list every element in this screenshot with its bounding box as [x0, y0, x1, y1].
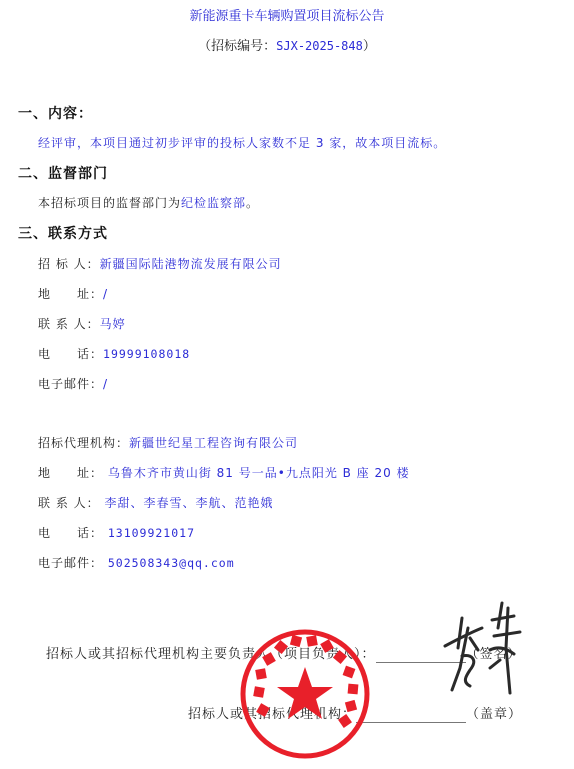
tenderer-contact: 马婷: [100, 317, 126, 331]
tender-number-line: （招标编号：SJX-2025-848）: [0, 35, 574, 54]
subtitle-prefix: （招标编号：: [198, 39, 276, 54]
field-label: 招 标 人：: [38, 257, 100, 271]
tenderer-phone: 19999108018: [103, 347, 190, 361]
tenderer-name: 新疆国际陆港物流发展有限公司: [100, 257, 282, 271]
tender-number: SJX-2025-848: [276, 39, 363, 53]
agency-contact-row: 联 系 人： 李甜、李春雪、李航、范艳娥: [38, 494, 273, 511]
field-label: 招标代理机构：: [38, 436, 129, 450]
signature-suffix: （签名）: [466, 647, 522, 662]
section-heading-content: 一、内容：: [18, 103, 93, 123]
field-label: 联 系 人：: [38, 496, 100, 510]
responsible-signature-row: 招标人或其招标代理机构主要负责人（项目负责人）： （签名）: [46, 643, 522, 663]
agency-name-row: 招标代理机构：新疆世纪星工程咨询有限公司: [38, 434, 298, 451]
agency-name: 新疆世纪星工程咨询有限公司: [129, 436, 298, 450]
agency-phone: 13109921017: [108, 526, 195, 540]
field-label: 电子邮件：: [38, 377, 103, 391]
agency-address-row: 地 址： 乌鲁木齐市黄山街 81 号一品•九点阳光 B 座 20 楼: [38, 464, 410, 481]
tenderer-contact-row: 联 系 人：马婷: [38, 315, 126, 332]
agency-address: 乌鲁木齐市黄山街 81 号一品•九点阳光 B 座 20 楼: [108, 466, 410, 480]
responsible-label: 招标人或其招标代理机构主要负责人（项目负责人）：: [46, 647, 376, 662]
agency-contact: 李甜、李春雪、李航、范艳娥: [104, 496, 273, 510]
field-label: 联 系 人：: [38, 317, 100, 331]
seal-blank: [356, 707, 466, 723]
agency-email: 502508343@qq.com: [108, 556, 235, 570]
field-label: 电 话：: [38, 526, 103, 540]
section-heading-contact: 三、联系方式: [18, 223, 108, 243]
org-seal-row: 招标人或其招标代理机构： （盖章）: [188, 703, 522, 723]
section-heading-supervision: 二、监督部门: [18, 163, 108, 183]
field-label: 地 址：: [38, 466, 103, 480]
tenderer-email: /: [103, 377, 108, 391]
supervision-department: 纪检监察部: [181, 196, 246, 210]
tenderer-address: /: [103, 287, 108, 301]
page-title: 新能源重卡车辆购置项目流标公告: [0, 5, 574, 24]
subtitle-suffix: ）: [363, 39, 376, 54]
tenderer-name-row: 招 标 人：新疆国际陆港物流发展有限公司: [38, 255, 282, 272]
supervision-text: 本招标项目的监督部门为纪检监察部。: [38, 194, 259, 211]
supervision-prefix: 本招标项目的监督部门为: [38, 196, 181, 210]
signature-blank: [376, 647, 466, 663]
field-label: 地 址：: [38, 287, 103, 301]
tenderer-phone-row: 电 话：19999108018: [38, 345, 190, 362]
agency-phone-row: 电 话： 13109921017: [38, 524, 195, 541]
tenderer-email-row: 电子邮件：/: [38, 375, 108, 392]
supervision-suffix: 。: [246, 196, 259, 210]
seal-suffix: （盖章）: [466, 707, 522, 722]
agency-email-row: 电子邮件： 502508343@qq.com: [38, 554, 235, 571]
tenderer-address-row: 地 址：/: [38, 285, 108, 302]
content-text: 经评审，本项目通过初步评审的投标人家数不足 3 家，故本项目流标。: [38, 134, 446, 151]
field-label: 电 话：: [38, 347, 103, 361]
field-label: 电子邮件：: [38, 556, 103, 570]
org-label: 招标人或其招标代理机构：: [188, 707, 356, 722]
